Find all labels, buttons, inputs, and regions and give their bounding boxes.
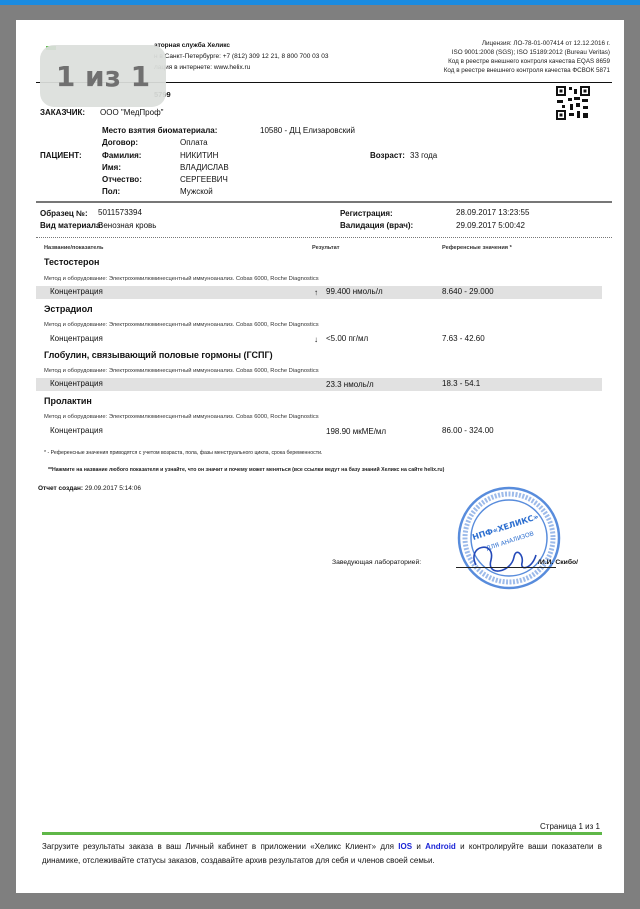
reference-value: 86.00 - 324.00 (442, 426, 494, 435)
lab-stamp-icon: НПФ«ХЕЛИКС» ДЛЯ АНАЛИЗОВ (456, 485, 562, 591)
test-method: Метод и оборудование: Электрохемилюминес… (44, 414, 319, 420)
reference-footnote: * - Референсные значения приводятся с уч… (44, 450, 322, 456)
report-created-value: 29.09.2017 5:14:06 (85, 485, 141, 492)
age-label: Возраст: (370, 151, 405, 160)
col-header-result: Результат (312, 245, 339, 251)
iso-text: ISO 9001:2008 (SGS); ISO 15189:2012 (Bur… (452, 49, 610, 56)
footer-and: и (412, 842, 425, 851)
test-method: Метод и оборудование: Электрохемилюминес… (44, 368, 319, 374)
col-header-reference: Референсные значения * (442, 245, 512, 251)
result-value: <5.00 пг/мл (326, 334, 368, 343)
sample-number-label: Образец №: (40, 209, 88, 218)
reference-value: 7.63 - 42.60 (442, 334, 485, 343)
qr-code-icon (556, 86, 590, 120)
surname-value: НИКИТИН (180, 151, 218, 160)
result-value: 23.3 нмоль/л (326, 380, 374, 389)
eqas-text: Код в реестре внешнего контроля качества… (448, 58, 610, 65)
validation-label: Валидация (врач): (340, 221, 413, 230)
fsvok-text: Код в реестре внешнего контроля качества… (444, 67, 610, 74)
arrow-down-icon: ↓ (314, 335, 318, 344)
click-note: **Нажмите на название любого показателя … (48, 467, 444, 473)
age-value: 33 года (410, 151, 437, 160)
biomaterial-place-label: Место взятия биоматериала: (102, 126, 217, 135)
table-divider (36, 237, 612, 238)
lab-name: аторная служба Хеликс (154, 42, 230, 49)
sex-value: Мужской (180, 187, 213, 196)
footer-divider (42, 832, 602, 835)
name-value: ВЛАДИСЛАВ (180, 163, 229, 172)
test-name-estradiol[interactable]: Эстрадиол (44, 304, 93, 314)
patient-divider (36, 201, 612, 203)
arrow-up-icon: ↑ (314, 288, 318, 297)
sex-label: Пол: (102, 187, 120, 196)
sample-number-value: 5011573394 (98, 208, 142, 217)
registration-value: 28.09.2017 13:23:55 (456, 208, 529, 217)
license-text: Лицензия: ЛО-78-01-007414 от 12.12.2016 … (482, 40, 610, 47)
patronymic-value: СЕРГЕЕВИЧ (180, 175, 228, 184)
report-created: Отчет создан: 29.09.2017 5:14:06 (38, 485, 141, 492)
report-created-label: Отчет создан: (38, 485, 83, 492)
lab-website[interactable]: лация в интернете: www.helix.ru (154, 64, 250, 71)
reference-value: 18.3 - 54.1 (442, 379, 480, 388)
contract-label: Договор: (102, 138, 138, 147)
page-info: Страница 1 из 1 (540, 822, 600, 831)
document-page: аторная служба Хеликс н в Санкт-Петербур… (16, 20, 624, 893)
test-name-prolactin[interactable]: Пролактин (44, 396, 92, 406)
customer-label: ЗАКАЗЧИК: (40, 108, 85, 117)
test-name-shbg[interactable]: Глобулин, связывающий половые гормоны (Г… (44, 350, 273, 360)
patient-label: ПАЦИЕНТ: (40, 151, 82, 160)
validation-value: 29.09.2017 5:00:42 (456, 221, 525, 230)
result-param: Концентрация (50, 287, 103, 296)
lab-phone: н в Санкт-Петербурге: +7 (812) 309 12 21… (154, 53, 328, 60)
test-method: Метод и оборудование: Электрохемилюминес… (44, 276, 319, 282)
name-label: Имя: (102, 163, 121, 172)
result-param: Концентрация (50, 379, 103, 388)
result-row-highlight (36, 378, 602, 391)
head-of-lab-name: /И.И. Скибо/ (538, 559, 578, 566)
test-name-testosterone[interactable]: Тестостерон (44, 257, 99, 267)
page-counter-badge: 1 из 1 (40, 45, 166, 107)
head-of-lab-label: Заведующая лабораторией: (332, 559, 421, 566)
registration-label: Регистрация: (340, 209, 393, 218)
result-value: 99.400 нмоль/л (326, 287, 383, 296)
reference-value: 8.640 - 29.000 (442, 287, 494, 296)
ios-link[interactable]: IOS (398, 842, 412, 851)
viewer-top-bar (0, 0, 640, 5)
biomaterial-place-value: 10580 - ДЦ Елизаровский (260, 126, 355, 135)
surname-label: Фамилия: (102, 151, 141, 160)
result-param: Концентрация (50, 334, 103, 343)
contract-value: Оплата (180, 138, 208, 147)
result-value: 198.90 мкМЕ/мл (326, 427, 386, 436)
material-value: Венозная кровь (98, 221, 156, 230)
result-row-highlight (36, 286, 602, 299)
material-label: Вид материала: (40, 221, 103, 230)
result-param: Концентрация (50, 426, 103, 435)
test-method: Метод и оборудование: Электрохемилюминес… (44, 322, 319, 328)
col-header-name: Название/показатель (44, 245, 103, 251)
footer-promo: Загрузите результаты заказа в ваш Личный… (42, 840, 602, 867)
customer-value: ООО "МедПроф" (100, 108, 164, 117)
footer-text-start: Загрузите результаты заказа в ваш Личный… (42, 842, 398, 851)
patronymic-label: Отчество: (102, 175, 142, 184)
signature-line (456, 567, 556, 568)
android-link[interactable]: Android (425, 842, 456, 851)
